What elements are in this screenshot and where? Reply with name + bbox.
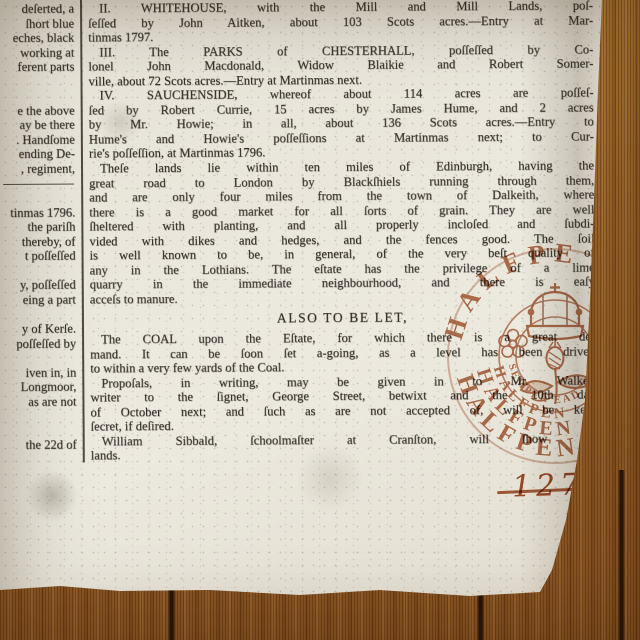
stamp-arc-text: HALFPE <box>438 240 582 343</box>
text-line: t poſſeſſed <box>2 249 76 264</box>
photo-of-newspaper: deſerted, aſhort blueeches, blackworking… <box>0 0 640 640</box>
text-line: e the above <box>1 103 75 118</box>
text-line: poſſeſſed by <box>2 336 76 351</box>
text-line: ending De- <box>1 147 75 162</box>
text-line: ſhort blue <box>0 16 74 31</box>
text-line: deſerted, a <box>0 2 74 17</box>
text-line: . Handſome <box>1 132 75 147</box>
text-line: eches, black <box>0 31 74 46</box>
column-divider-rule <box>80 0 84 463</box>
text-line <box>3 423 77 438</box>
text-line: y, poſſeſſed <box>2 278 76 293</box>
horizontal-rule <box>1 176 75 191</box>
text-line: Longmoor, <box>2 380 76 395</box>
crown-icon <box>527 283 583 339</box>
text-line: ferent parts <box>0 60 74 75</box>
text-line: thereby, of <box>1 234 75 249</box>
text-line: working at <box>0 45 74 60</box>
text-line <box>3 409 77 424</box>
text-line <box>2 307 76 322</box>
newspaper-page: deſerted, aſhort blueeches, blackworking… <box>0 0 640 640</box>
text-line: y of Kerſe. <box>2 322 76 337</box>
text-line: iven in, in <box>2 365 76 380</box>
plank-gap <box>618 470 625 640</box>
text-line: ay be there <box>1 118 75 133</box>
text-line <box>2 351 76 366</box>
text-line <box>0 74 74 89</box>
text-line <box>1 89 75 104</box>
text-line <box>1 191 75 206</box>
text-line: lonel John Macdonald, Widow Blaikie and … <box>88 57 593 75</box>
text-line: the pariſh <box>1 220 75 235</box>
text-line: as are not <box>2 394 76 409</box>
text-line <box>2 263 76 278</box>
text-line: tinmas 1796. <box>1 205 75 220</box>
text-line: the 22d of <box>3 438 77 453</box>
text-line: eing a part <box>2 292 76 307</box>
text-line: , regiment, <box>1 162 75 177</box>
left-column: deſerted, aſhort blueeches, blackworking… <box>0 2 77 453</box>
